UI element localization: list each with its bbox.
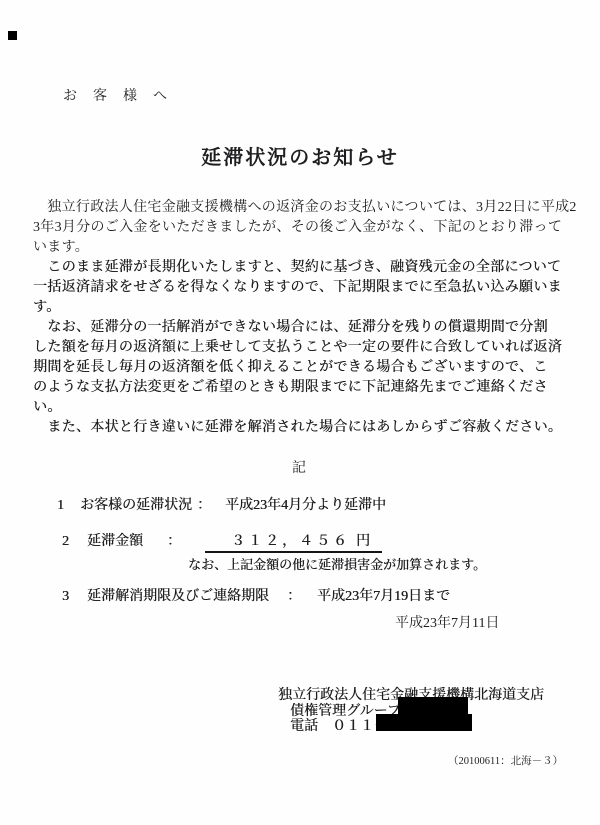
item-number: 2 [62, 533, 69, 550]
body-line: 一括返済請求をせざるを得なくなりますので、下記期限までに至急払い込み願いま [33, 278, 578, 298]
item-deadline: 3 延滞解消期限及びご連絡期限 ： 平成23年7月19日まで [62, 585, 450, 605]
body-line: い。 [33, 398, 578, 418]
scanned-letter-page: お 客 様 へ 延滞状況のお知らせ 独立行政法人住宅金融支援機構への返済金のお支… [0, 0, 600, 825]
scan-artifact-mark [8, 31, 17, 40]
item-label: 延滞解消期限及びご連絡期限 [87, 585, 269, 605]
body-line: のような支払方法変更をご希望のときも期限までに下記連絡先までご連絡くださ [33, 378, 578, 398]
body-line: います。 [33, 238, 578, 258]
item-number: 3 [62, 589, 69, 605]
body-line: す。 [33, 298, 578, 318]
item-number: 1 [57, 498, 64, 514]
item-separator: ： [197, 494, 211, 514]
item-label: 延滞金額 [87, 533, 143, 550]
amount-unit: 円 [356, 533, 370, 550]
item-delinquent-amount: 2 延滞金額 ： ３１２，４５６ 円 [62, 533, 382, 553]
sender-phone-label: 電話 ０１１－ [290, 715, 388, 735]
body-line: なお、延滞分の一括解消ができない場合には、延滞分を残りの償還期間で分割 [33, 318, 578, 338]
redaction-box-phone [376, 714, 472, 731]
document-code: （20100611：北海－３） [448, 753, 563, 768]
item-separator: ： [167, 533, 181, 550]
amount-underline: ３１２，４５６ 円 [205, 533, 382, 553]
body-line: また、本状と行き違いに延滞を解消された場合にはあしからずご容赦ください。 [33, 418, 578, 438]
amount-note: なお、上記金額の他に延滞損害金が加算されます。 [188, 554, 486, 573]
issue-date: 平成23年7月11日 [395, 612, 499, 632]
item-label: お客様の延滞状況 [80, 494, 192, 514]
letter-body: 独立行政法人住宅金融支援機構への返済金のお支払いについては、3月22日に平成2 … [33, 198, 578, 438]
body-line: 独立行政法人住宅金融支援機構への返済金のお支払いについては、3月22日に平成2 [33, 198, 578, 218]
record-marker: 記 [0, 457, 600, 477]
item-delinquency-status: 1 お客様の延滞状況 ： 平成23年4月分より延滞中 [57, 494, 386, 514]
body-line: このまま延滞が長期化いたしますと、契約に基づき、融資残元金の全部について [33, 258, 578, 278]
item-value: 平成23年7月19日まで [317, 585, 450, 605]
body-line: した額を毎月の返済額に上乗せして支払うことや一定の要件に合致していれば返済 [33, 338, 578, 358]
item-separator: ： [287, 585, 301, 605]
body-line: 3年3月分のご入金をいただきましたが、その後ご入金がなく、下記のとおり滞って [33, 218, 578, 238]
letter-title: 延滞状況のお知らせ [0, 141, 600, 170]
amount-value: ３１２，４５６ [231, 533, 350, 550]
body-line: 期間を延長し毎月の返済額を低く抑えることができる場合もございますので、こ [33, 358, 578, 378]
salutation: お 客 様 へ [63, 85, 168, 105]
item-value: 平成23年4月分より延滞中 [225, 494, 386, 514]
